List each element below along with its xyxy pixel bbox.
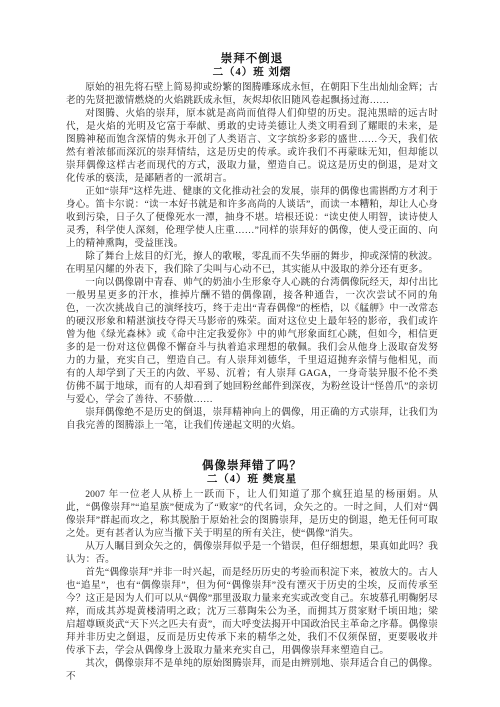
essay-ouxiang-chongbai-cuo-le-ma: 偶像崇拜错了吗？ 二（4）班 樊宸星 2007 年一位老人从桥上一跃而下，让人们… [66,459,438,683]
paragraph: 除了舞台上炫目的灯光，撩人的歌喉，零乱而不失华丽的舞步，抑或深情的秋波。在明星闪… [66,250,438,276]
essay-author: 二（4）班 刘熠 [66,66,438,79]
document-page: 崇拜不倒退 二（4）班 刘熠 原始的祖先将石壁上简易抑或纷繁的图腾雕琢成永恒，在… [0,0,500,707]
paragraph: 一向以偶像剧中青春、帅气的奶油小生形象夺人心跳的台湾偶像阮经天，却付出比一般男星… [66,276,438,406]
paragraph: 首先“偶像崇拜”并非一时兴起，而是经历历史的考验而积淀下来，被放大的。古人也“追… [66,566,438,657]
essay-body: 原始的祖先将石壁上简易抑或纷繁的图腾雕琢成永恒，在朝阳下生出灿灿金辉；古老的先贤… [66,81,438,432]
paragraph: 崇拜偶像绝不是历史的倒退，崇拜精神向上的偶像，用正确的方式崇拜，让我们为自我完善… [66,406,438,432]
paragraph: 对图腾、火焰的崇拜，原本就是高尚而值得人们仰望的历史。混沌黑暗的远古时代，是火焰… [66,107,438,185]
paragraph: 2007 年一位老人从桥上一跃而下，让人们知道了那个疯狂追星的杨丽娟。从此，“偶… [66,488,438,540]
essay-body: 2007 年一位老人从桥上一跃而下，让人们知道了那个疯狂追星的杨丽娟。从此，“偶… [66,488,438,683]
essay-title: 偶像崇拜错了吗？ [66,459,438,473]
essay-title: 崇拜不倒退 [66,52,438,66]
essay-chongbai-bu-daotui: 崇拜不倒退 二（4）班 刘熠 原始的祖先将石壁上简易抑或纷繁的图腾雕琢成永恒，在… [66,52,438,432]
paragraph: 其次，偶像崇拜不是单纯的原始图腾崇拜，而是由辨别地、崇拜适合自己的偶像。不 [66,657,438,683]
document-content: 崇拜不倒退 二（4）班 刘熠 原始的祖先将石壁上简易抑或纷繁的图腾雕琢成永恒，在… [66,52,438,683]
paragraph: 原始的祖先将石壁上简易抑或纷繁的图腾雕琢成永恒，在朝阳下生出灿灿金辉；古老的先贤… [66,81,438,107]
essay-author: 二（4）班 樊宸星 [66,473,438,486]
paragraph: 从万人瞩目到众矢之的，偶像崇拜似乎是一个错误，但仔细想想，果真如此吗？我认为：否… [66,540,438,566]
paragraph: 正如“崇拜”这样先进、健康的文化推动社会的发展，崇拜的偶像也需斟酌方才利于身心。… [66,185,438,250]
